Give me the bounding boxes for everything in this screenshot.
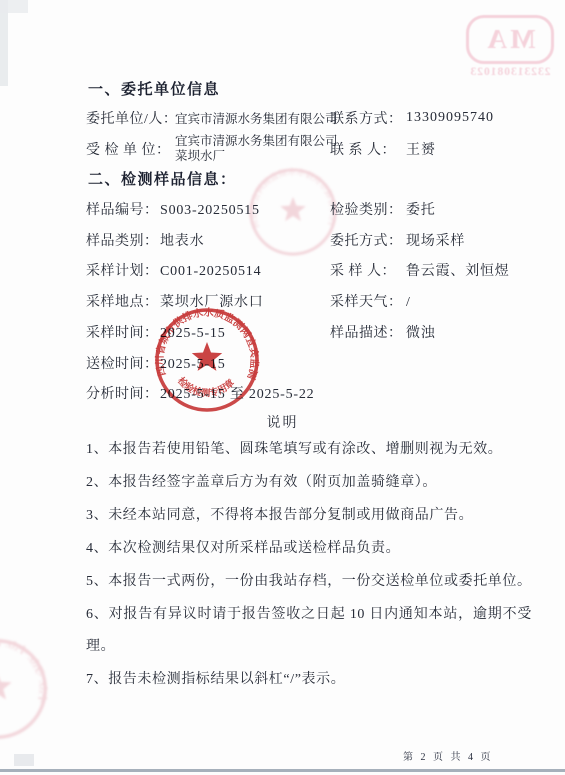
official-stamp: 四川省城市供排水水质监测网宜宾监测站 检验检测专用章 [150, 303, 264, 417]
client-value: 宜宾市清源水务集团有限公司 [175, 109, 330, 127]
note-item: 2、本报告经签字盖章后方为有效（附页加盖骑缝章）。 [86, 467, 532, 499]
note-item: 4、本次检测结果仅对所采样品或送检样品负责。 [86, 533, 532, 565]
sample-row: 采样计划： C001-20250514 采 样 人： 鲁云霞、刘恒煜 [86, 257, 546, 288]
inspected-unit-row: 受 检 单 位： 宜宾市清源水务集团有限公司 菜坝水厂 联 系 人： 王赟 [86, 131, 436, 167]
field-label: 样品编号： [86, 196, 160, 227]
section2-heading: 二、检测样品信息： [88, 168, 237, 189]
field-label: 委托方式： [330, 227, 406, 258]
sample-row: 样品编号： S003-20250515 检验类别： 委托 [86, 196, 546, 227]
contact-value: 13309095740 [406, 110, 494, 126]
contact-label: 联系方式： [330, 108, 406, 128]
notes-heading: 说明 [0, 412, 565, 432]
inspected-unit-line1: 宜宾市清源水务集团有限公司 [175, 134, 330, 149]
section1-heading: 一、委托单位信息 [88, 78, 220, 99]
field-label: 采样时间： [86, 319, 160, 350]
field-value: 鲁云霞、刘恒煜 [406, 257, 546, 288]
svg-text:四川省城市供排水水质监测网宜宾监测站: 四川省城市供排水水质监测网宜宾监测站 [150, 303, 261, 381]
field-value: 现场采样 [406, 227, 546, 258]
stamp-bottom-text: 检验检测专用章 [175, 375, 237, 399]
inspected-unit-value: 宜宾市清源水务集团有限公司 菜坝水厂 [175, 134, 330, 164]
note-item: 1、本报告若使用铅笔、圆珠笔填写或有涂改、增删则视为无效。 [86, 434, 532, 466]
field-value: / [406, 288, 546, 319]
field-label: 检验类别： [330, 196, 406, 227]
inspected-unit-line2: 菜坝水厂 [175, 149, 330, 164]
page-footer: 第 2 页 共 4 页 [403, 748, 493, 763]
field-value: 微浊 [406, 319, 546, 350]
svg-text:检验检测专用章: 检验检测专用章 [175, 375, 237, 399]
stamp-star-icon [192, 342, 222, 371]
field-label: 采样地点： [86, 288, 160, 319]
client-label: 委托单位/人： [86, 108, 175, 128]
field-label: 采样天气： [330, 288, 406, 319]
field-label: 送检时间： [86, 350, 160, 381]
field-value: S003-20250515 [160, 196, 330, 227]
contact-person-value: 王赟 [406, 139, 436, 159]
contact-person-label: 联 系 人： [330, 139, 406, 159]
field-label: 采 样 人： [330, 257, 406, 288]
field-value: C001-20250514 [160, 257, 330, 288]
field-value: 地表水 [160, 227, 330, 258]
field-label: 样品描述： [330, 319, 406, 350]
field-label [330, 350, 406, 381]
client-row: 委托单位/人： 宜宾市清源水务集团有限公司 联系方式： 13309095740 [86, 106, 494, 130]
sample-row: 样品类别： 地表水 委托方式： 现场采样 [86, 227, 546, 258]
field-value: 委托 [406, 196, 546, 227]
document-content: 一、委托单位信息 委托单位/人： 宜宾市清源水务集团有限公司 联系方式： 133… [0, 0, 565, 775]
note-item: 6、对报告有异议时请于报告签收之日起 10 日内通知本站，逾期不受理。 [86, 599, 532, 662]
note-item: 5、本报告一式两份，一份由我站存档，一份交送检单位或委托单位。 [86, 566, 532, 598]
field-label: 分析时间： [86, 380, 160, 411]
field-label: 样品类别： [86, 227, 160, 258]
note-item: 7、报告未检测指标结果以斜杠“/”表示。 [86, 664, 532, 696]
stamp-top-text: 四川省城市供排水水质监测网宜宾监测站 [150, 303, 261, 381]
field-value [406, 380, 546, 411]
note-item: 3、未经本站同意，不得将本报告部分复制或用做商品广告。 [86, 500, 532, 532]
field-label: 采样计划： [86, 257, 160, 288]
field-label [330, 380, 406, 411]
field-value [406, 350, 546, 381]
notes-list: 1、本报告若使用铅笔、圆珠笔填写或有涂改、增删则视为无效。 2、本报告经签字盖章… [86, 434, 532, 697]
inspected-unit-label: 受 检 单 位： [86, 139, 175, 159]
report-page: MA 232313081023 四川省城市供排水水质监测网宜宾监测站 检验检测专… [0, 0, 565, 775]
